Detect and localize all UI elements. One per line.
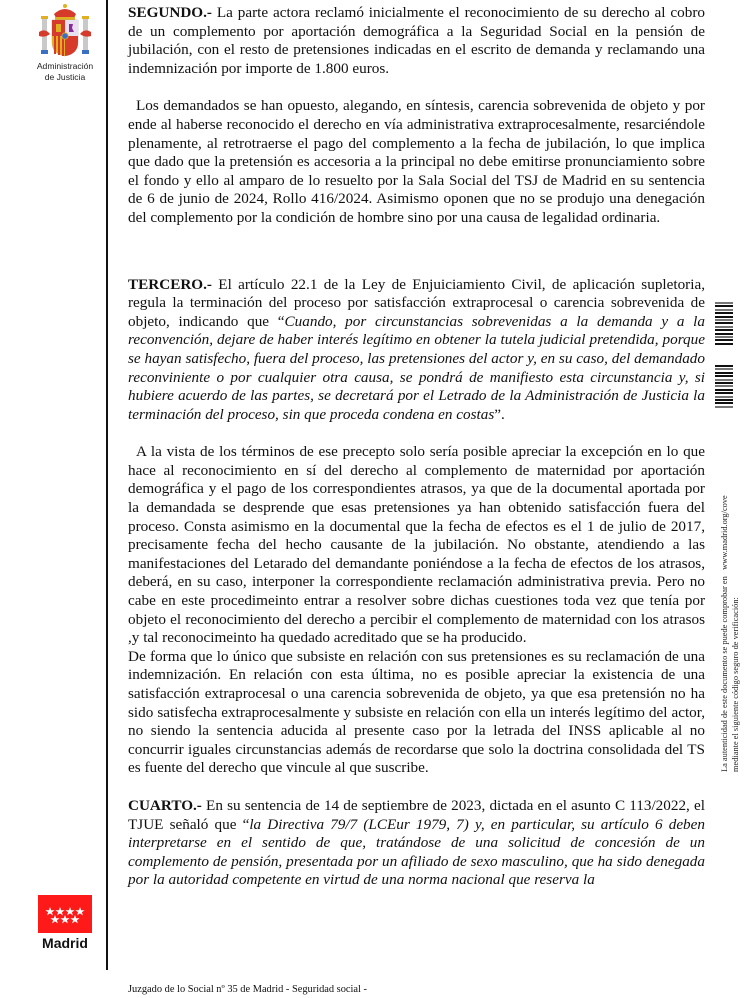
left-margin: Administración de Justicia Madrid [0,0,107,998]
emblem-label-line1: Administración [20,61,110,72]
emblem-label-line2: de Justicia [20,72,110,83]
barcode-segment-2 [715,365,733,409]
segundo-text-1: La parte actora reclamó inicialmente el … [128,4,705,77]
segundo-paragraph-2: Los demandados se han opuesto, alegando,… [128,97,705,227]
segundo-heading: SEGUNDO.- [128,4,212,21]
verification-text-line2: mediante el siguiente código seguro de v… [731,597,741,772]
verification-line1: La autenticidad de este documento se pue… [720,576,729,772]
administracion-justicia-label: Administración de Justicia [20,61,110,83]
document-body: SEGUNDO.- La parte actora reclamó inicia… [128,4,705,890]
tercero-paragraph-2: A la vista de los términos de ese precep… [128,443,705,648]
verification-text-line1: La autenticidad de este documento se pue… [720,495,730,772]
coat-of-arms-icon [36,2,94,60]
madrid-flag-icon [38,895,92,933]
verification-sidebar: La autenticidad de este documento se pue… [708,0,748,998]
tercero-paragraph-3: De forma que lo único que subsiste en re… [128,648,705,778]
margin-divider [106,0,108,970]
cuarto-heading: CUARTO.- [128,797,202,814]
cuarto-paragraph-1: CUARTO.- En su sentencia de 14 de septie… [128,797,705,890]
page-footer: Juzgado de lo Social nº 35 de Madrid - S… [128,984,367,995]
barcode-segment-1 [715,302,733,346]
tercero-tail: ”. [494,406,505,423]
segundo-paragraph-1: SEGUNDO.- La parte actora reclamó inicia… [128,4,705,78]
verification-url-link[interactable]: www.madrid.org/cove [720,495,729,570]
madrid-logo-label: Madrid [30,935,100,951]
tercero-heading: TERCERO.- [128,276,212,293]
tercero-paragraph-1: TERCERO.- El artículo 22.1 de la Ley de … [128,276,705,425]
